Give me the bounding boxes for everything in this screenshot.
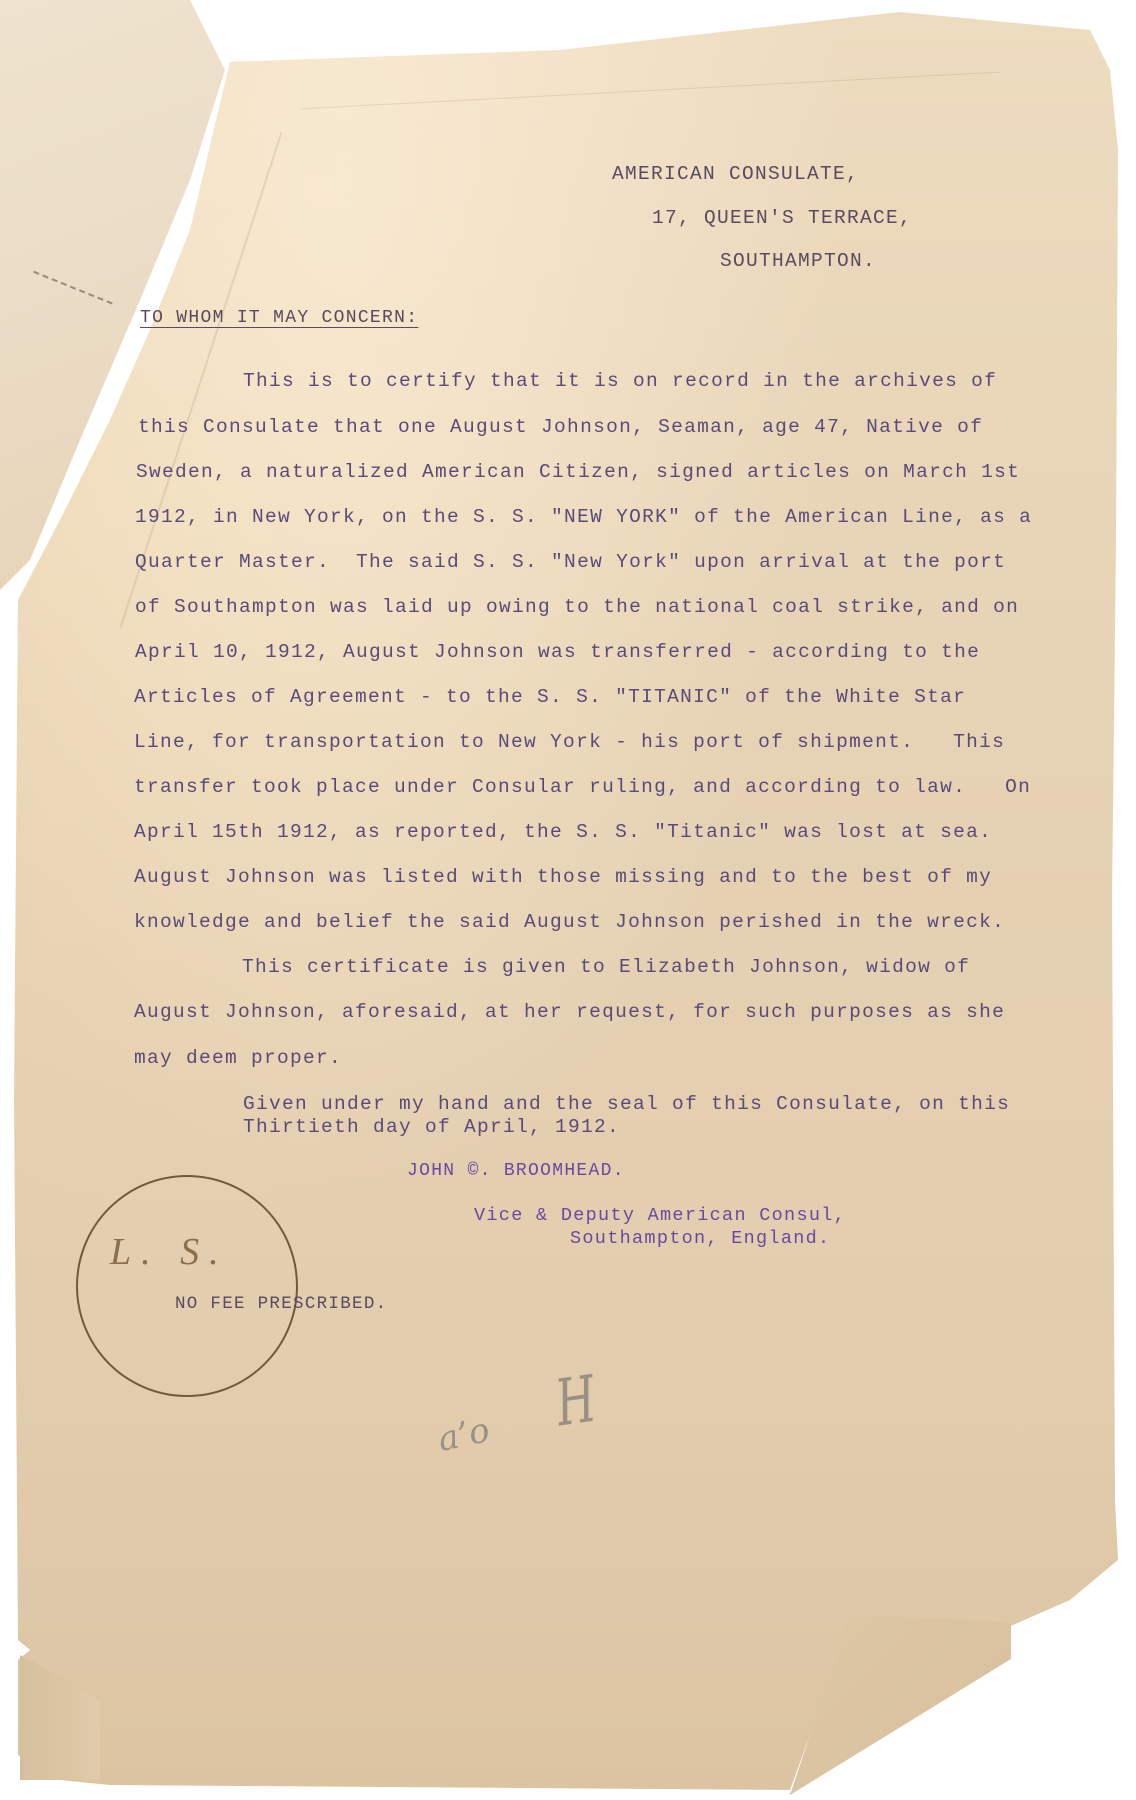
salutation: TO WHOM IT MAY CONCERN: (140, 309, 418, 327)
letterhead-line-3: SOUTHAMPTON. (720, 252, 876, 272)
given-line-1: Given under my hand and the seal of this… (243, 1095, 1010, 1115)
certificate-page (0, 0, 1136, 1800)
letterhead-line-1: AMERICAN CONSULATE, (612, 165, 859, 185)
letterhead-line-2: 17, QUEEN'S TERRACE, (652, 209, 912, 229)
signatory-title: Vice & Deputy American Consul, (474, 1207, 846, 1226)
body-line: April 10, 1912, August Johnson was trans… (135, 643, 980, 663)
body-line: knowledge and belief the said August Joh… (134, 913, 1005, 933)
body-line: This certificate is given to Elizabeth J… (242, 958, 970, 978)
fee-note: NO FEE PRESCRIBED. (175, 1296, 387, 1314)
given-line-2: Thirtieth day of April, 1912. (243, 1118, 620, 1138)
body-line: Articles of Agreement - to the S. S. "TI… (134, 688, 966, 708)
body-line: of Southampton was laid up owing to the … (135, 598, 1019, 618)
body-line: this Consulate that one August Johnson, … (138, 418, 983, 438)
body-line: April 15th 1912, as reported, the S. S. … (134, 823, 992, 843)
body-line: Line, for transportation to New York - h… (134, 733, 1005, 753)
body-line: August Johnson, aforesaid, at her reques… (134, 1003, 1005, 1023)
body-line: Quarter Master. The said S. S. "New York… (135, 553, 1006, 573)
signatory-location: Southampton, England. (570, 1230, 830, 1249)
body-line: This is to certify that it is on record … (243, 372, 997, 392)
ink-smudge (16, 271, 112, 346)
seal-circle (76, 1175, 298, 1397)
body-line: August Johnson was listed with those mis… (134, 868, 992, 888)
seal-ls-text: L. S. (110, 1230, 229, 1274)
body-line: transfer took place under Consular rulin… (134, 778, 1031, 798)
signatory-name: JOHN ©. BROOMHEAD. (407, 1162, 625, 1180)
body-line: Sweden, a naturalized American Citizen, … (136, 463, 1020, 483)
body-line: 1912, in New York, on the S. S. "NEW YOR… (135, 508, 1032, 528)
paper-crease (300, 72, 999, 110)
body-line: may deem proper. (134, 1049, 342, 1069)
